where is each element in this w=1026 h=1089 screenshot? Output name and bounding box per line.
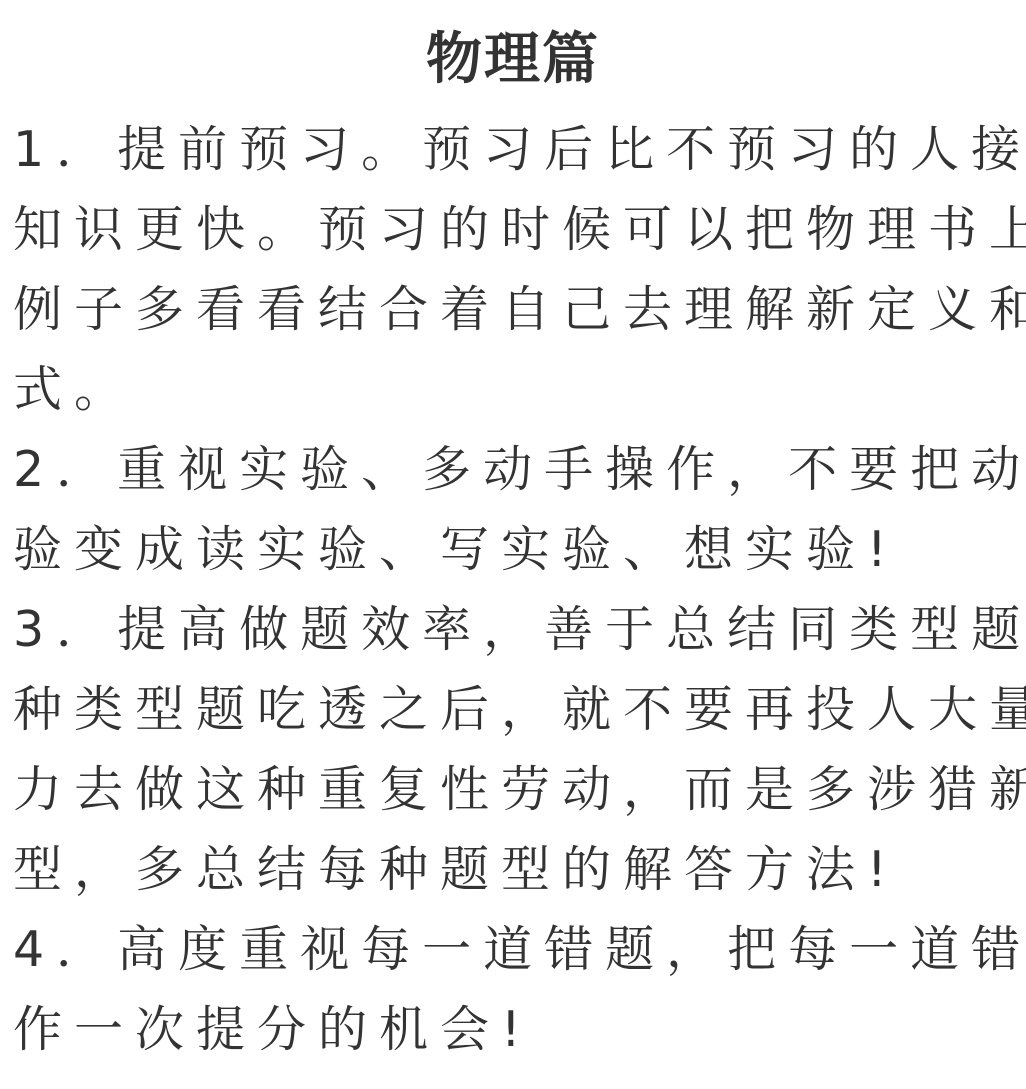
tip-3-line-2: 种类型题吃透之后，就不要再投人大量精 [13, 670, 1013, 750]
document-page: 物理篇 1．提前预习。预习后比不预习的人接受的 知识更快。预习的时候可以把物理书… [0, 0, 1026, 1089]
tip-item-2: 2．重视实验、多动手操作，不要把动手实 验变成读实验、写实验、想实验! [13, 430, 1013, 590]
tip-1-line-4: 式。 [13, 350, 1013, 430]
tip-3-line-1: 3．提高做题效率，善于总结同类型题，每 [13, 590, 1013, 670]
tip-2-line-1: 2．重视实验、多动手操作，不要把动手实 [13, 430, 1013, 510]
tip-4-line-2: 作一次提分的机会! [13, 990, 1013, 1070]
tip-1-line-2: 知识更快。预习的时候可以把物理书上的 [13, 190, 1013, 270]
tip-1-line-1: 1．提前预习。预习后比不预习的人接受的 [13, 110, 1013, 190]
tip-item-3: 3．提高做题效率，善于总结同类型题，每 种类型题吃透之后，就不要再投人大量精 力… [13, 590, 1013, 910]
tip-2-line-2: 验变成读实验、写实验、想实验! [13, 510, 1013, 590]
page-title: 物理篇 [0, 22, 1026, 98]
tip-item-1: 1．提前预习。预习后比不预习的人接受的 知识更快。预习的时候可以把物理书上的 例… [13, 110, 1013, 430]
tip-3-line-4: 型，多总结每种题型的解答方法! [13, 830, 1013, 910]
tip-4-line-1: 4．高度重视每一道错题，把每一道错题当 [13, 910, 1013, 990]
tip-item-4: 4．高度重视每一道错题，把每一道错题当 作一次提分的机会! [13, 910, 1013, 1070]
tip-3-line-3: 力去做这种重复性劳动，而是多涉猎新题 [13, 750, 1013, 830]
tips-list: 1．提前预习。预习后比不预习的人接受的 知识更快。预习的时候可以把物理书上的 例… [13, 110, 1013, 1070]
tip-1-line-3: 例子多看看结合着自己去理解新定义和公 [13, 270, 1013, 350]
